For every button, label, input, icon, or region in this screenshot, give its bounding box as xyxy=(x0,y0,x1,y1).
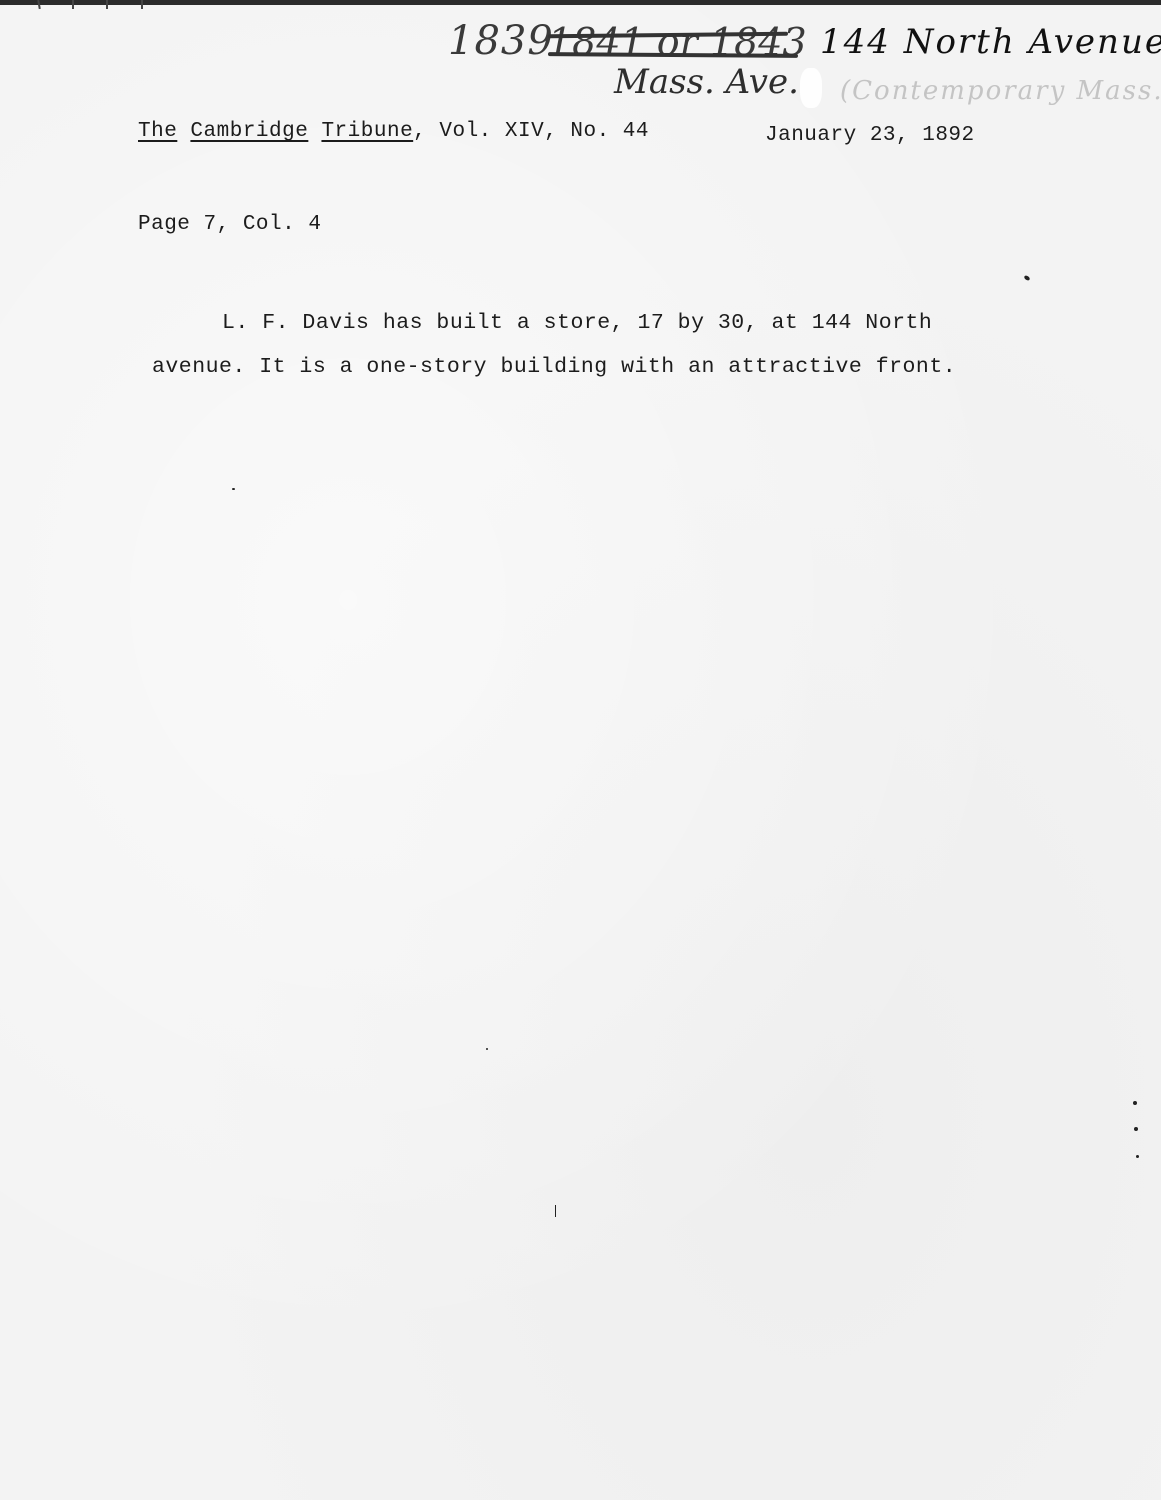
scan-speck xyxy=(555,1205,556,1217)
page-column-reference: Page 7, Col. 4 xyxy=(138,213,321,236)
article-text-line: L. F. Davis has built a store, 17 by 30,… xyxy=(222,311,932,335)
scan-speck xyxy=(232,488,235,490)
publication-name-word: Tribune xyxy=(321,120,413,143)
publication-name-word: Cambridge xyxy=(190,120,308,143)
scan-speck xyxy=(1133,1101,1137,1105)
scan-speck xyxy=(1136,1155,1139,1158)
whiteout-smudge xyxy=(800,68,822,108)
publication-date: January 23, 1892 xyxy=(765,124,975,147)
article-text-line: avenue. It is a one-story building with … xyxy=(152,355,956,379)
page-top-edge xyxy=(0,0,1161,5)
handwritten-address: 144 North Avenue xyxy=(820,22,1161,62)
binder-marks xyxy=(36,0,156,10)
publication-name-word: The xyxy=(138,120,177,143)
scan-speck xyxy=(486,1048,488,1050)
erased-pencil-note: (Contemporary Mass. Ave.) xyxy=(840,76,1161,106)
volume-info: , Vol. XIV, No. 44 xyxy=(413,120,649,143)
handwritten-current-street: Mass. Ave. xyxy=(614,62,799,102)
publication-citation: The Cambridge Tribune, Vol. XIV, No. 44 xyxy=(138,120,649,143)
scan-speck xyxy=(1134,1127,1138,1131)
handwritten-year: 1839 xyxy=(448,18,554,64)
